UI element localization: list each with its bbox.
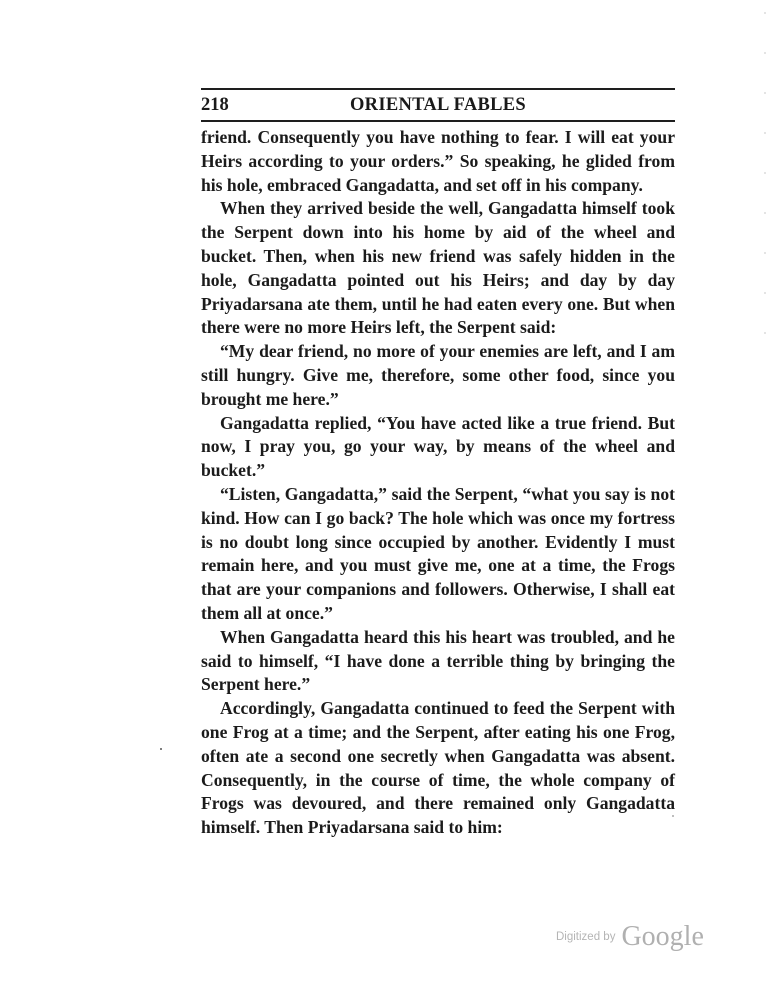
digitized-by-google-watermark: Digitized by Google bbox=[556, 921, 704, 953]
running-title: ORIENTAL FABLES bbox=[201, 90, 675, 120]
watermark-prefix: Digitized by bbox=[556, 931, 615, 943]
running-head: 218 ORIENTAL FABLES bbox=[201, 90, 675, 120]
body-text: friend. Consequently you have nothing to… bbox=[201, 126, 675, 840]
header-rule-bottom bbox=[201, 120, 675, 122]
paragraph: When they arrived beside the well, Ganga… bbox=[201, 197, 675, 340]
paragraph: Accordingly, Gangadatta continued to fee… bbox=[201, 697, 675, 840]
scan-edge-artifact bbox=[764, 0, 766, 360]
paragraph: Gangadatta replied, “You have acted like… bbox=[201, 412, 675, 483]
scan-speck bbox=[672, 815, 674, 817]
paragraph: When Gangadatta heard this his heart was… bbox=[201, 626, 675, 697]
book-page: 218 ORIENTAL FABLES friend. Consequently… bbox=[201, 88, 675, 840]
paragraph: friend. Consequently you have nothing to… bbox=[201, 126, 675, 197]
scan-speck bbox=[160, 748, 162, 750]
paragraph: “My dear friend, no more of your enemies… bbox=[201, 340, 675, 411]
paragraph: “Listen, Gangadatta,” said the Serpent, … bbox=[201, 483, 675, 626]
google-logo-text: Google bbox=[621, 921, 703, 952]
